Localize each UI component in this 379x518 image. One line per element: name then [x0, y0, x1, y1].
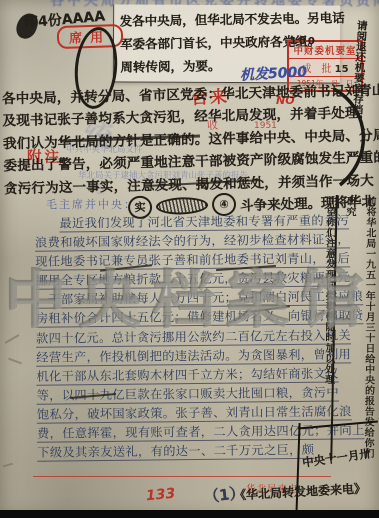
registry-batch-value: 15 — [335, 64, 349, 75]
typed-line: 费，任意挥霍，现有账可查者，二人贪用达四亿元；并向上 — [37, 421, 365, 444]
note-number: 100 — [290, 36, 317, 47]
circled-reader-mark-2: ④ — [212, 193, 237, 217]
pencil-scratch-2 — [8, 358, 22, 365]
archive-page-number: 133 — [145, 486, 176, 504]
circled-reader-mark: 实 — [128, 195, 153, 219]
pencil-scratch-3 — [3, 463, 13, 468]
scanned-archive-document: 各中央局分局省市区党委并转地委专署负责同志参阅 印4份AAAA 席用 统 5 发… — [0, 0, 379, 518]
scribble-signature-oval — [156, 197, 209, 216]
scan-edge-bar — [0, 510, 379, 518]
copy-number: （1） — [203, 482, 245, 507]
pencil-scratch — [5, 334, 20, 344]
note-line: 发各中央局，但华北局不发去电。另电话 — [120, 6, 338, 32]
red-footer-rule — [33, 476, 331, 477]
margin-column: 前将华北局一九五一年十月三十日给中央的报告发给你们研究 — [337, 196, 379, 466]
